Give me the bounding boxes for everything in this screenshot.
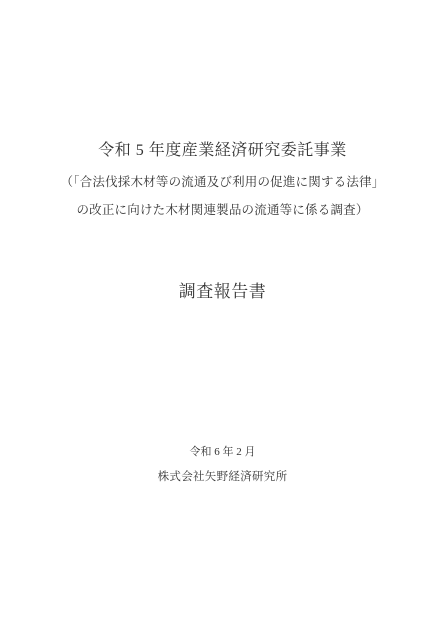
subtitle-line-2: の改正に向けた木材関連製品の流通等に係る調査） [0, 202, 445, 218]
subtitle-line-1: （「合法伐採木材等の流通及び利用の促進に関する法律」 [0, 174, 445, 190]
report-title: 調査報告書 [0, 281, 445, 303]
publication-date: 令和 6 年 2 月 [0, 445, 445, 459]
page-title: 令和 5 年度産業経済研究委託事業 [0, 141, 445, 162]
organization-name: 株式会社矢野経済研究所 [0, 470, 445, 485]
report-cover-page: 令和 5 年度産業経済研究委託事業 （「合法伐採木材等の流通及び利用の促進に関す… [0, 0, 445, 630]
